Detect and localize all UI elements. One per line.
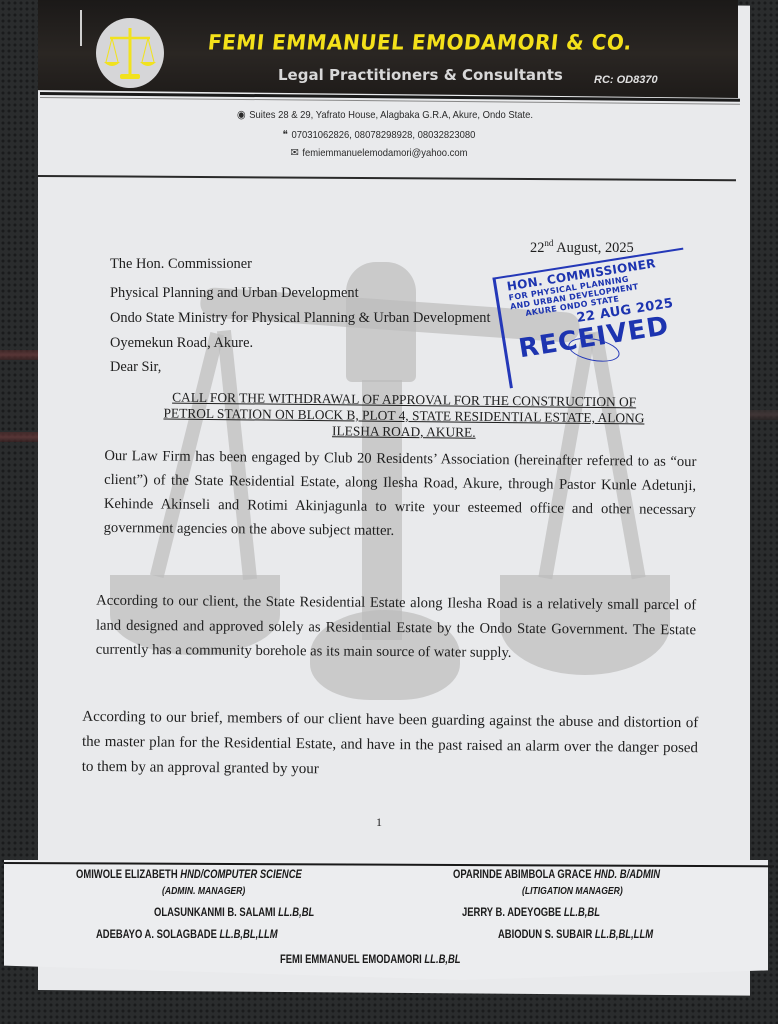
staff-name: JERRY B. ADEYOGBE [462,907,564,919]
date-day: 22 [530,240,544,256]
salutation: Dear Sir, [110,355,161,380]
staff-entry: ADEBAYO A. SOLAGBADE LL.B,BL,LLM [96,929,278,941]
staff-qualification: LL.B,BL [424,954,460,966]
phone-icon: ❝ [283,128,288,141]
phone-line: ❝07031062826, 08078298928, 08032823080 [29,128,729,141]
letter-date: 22nd August, 2025 [530,238,634,257]
page-number: 1 [376,815,382,830]
staff-name: OMIWOLE ELIZABETH [76,869,180,881]
staff-entry: OLASUNKANMI B. SALAMI LL.B,BL [154,907,314,919]
envelope-icon: ✉ [291,146,299,159]
staff-qualification: LL.B,BL,LLM [219,929,277,941]
phone-text: 07031062826, 08078298928, 08032823080 [291,129,475,141]
staff-entry: OMIWOLE ELIZABETH HND/COMPUTER SCIENCE [76,869,302,881]
email-text: femiemmanuelemodamori@yahoo.com [302,147,467,159]
staff-role: (LITIGATION MANAGER) [522,885,623,897]
recipient-line: Oyemekun Road, Akure. [110,331,253,356]
staff-name: ABIODUN S. SUBAIR [498,929,595,941]
staff-qualification: HND. B/ADMIN [594,869,660,881]
staff-name: FEMI EMMANUEL EMODAMORI [280,954,424,966]
scales-of-justice-icon [96,18,164,88]
staple-mark [80,10,82,46]
firm-name: FEMI EMMANUEL EMODAMORI & CO. [207,29,634,54]
recipient-line: Ondo State Ministry for Physical Plannin… [110,306,491,331]
paragraph: Our Law Firm has been engaged by Club 20… [104,444,697,546]
staff-name: OPARINDE ABIMBOLA GRACE [453,869,594,881]
address-line: ◉Suites 28 & 29, Yafrato House, Alagbaka… [35,108,735,121]
staff-entry: JERRY B. ADEYOGBE LL.B,BL [462,907,600,919]
staff-entry: OPARINDE ABIMBOLA GRACE HND. B/ADMIN [453,869,660,881]
staff-entry: ABIODUN S. SUBAIR LL.B,BL,LLM [498,929,653,941]
paragraph: According to our brief, members of our c… [82,705,699,786]
staff-qualification: HND/COMPUTER SCIENCE [180,869,302,881]
letter-subject: CALL FOR THE WITHDRAWAL OF APPROVAL FOR … [104,389,704,443]
staff-name: ADEBAYO A. SOLAGBADE [96,929,219,941]
staff-qualification: LL.B,BL,LLM [595,929,653,941]
paragraph: According to our client, the State Resid… [96,589,697,667]
address-text: Suites 28 & 29, Yafrato House, Alagbaka … [249,109,533,121]
date-rest: August, 2025 [553,240,633,256]
staff-name: OLASUNKANMI B. SALAMI [154,907,278,919]
firm-tagline: Legal Practitioners & Consultants [278,66,563,84]
staff-qualification: LL.B,BL [278,907,314,919]
email-line: ✉femiemmanuelemodamori@yahoo.com [29,146,729,159]
recipient-line: Physical Planning and Urban Development [110,281,359,306]
location-pin-icon: ◉ [237,108,246,121]
rc-number: RC: OD8370 [594,74,658,86]
staff-entry: FEMI EMMANUEL EMODAMORI LL.B,BL [280,954,461,966]
recipient-line: The Hon. Commissioner [110,252,252,277]
staff-role: (ADMIN. MANAGER) [162,885,245,897]
staff-qualification: LL.B,BL [564,907,600,919]
